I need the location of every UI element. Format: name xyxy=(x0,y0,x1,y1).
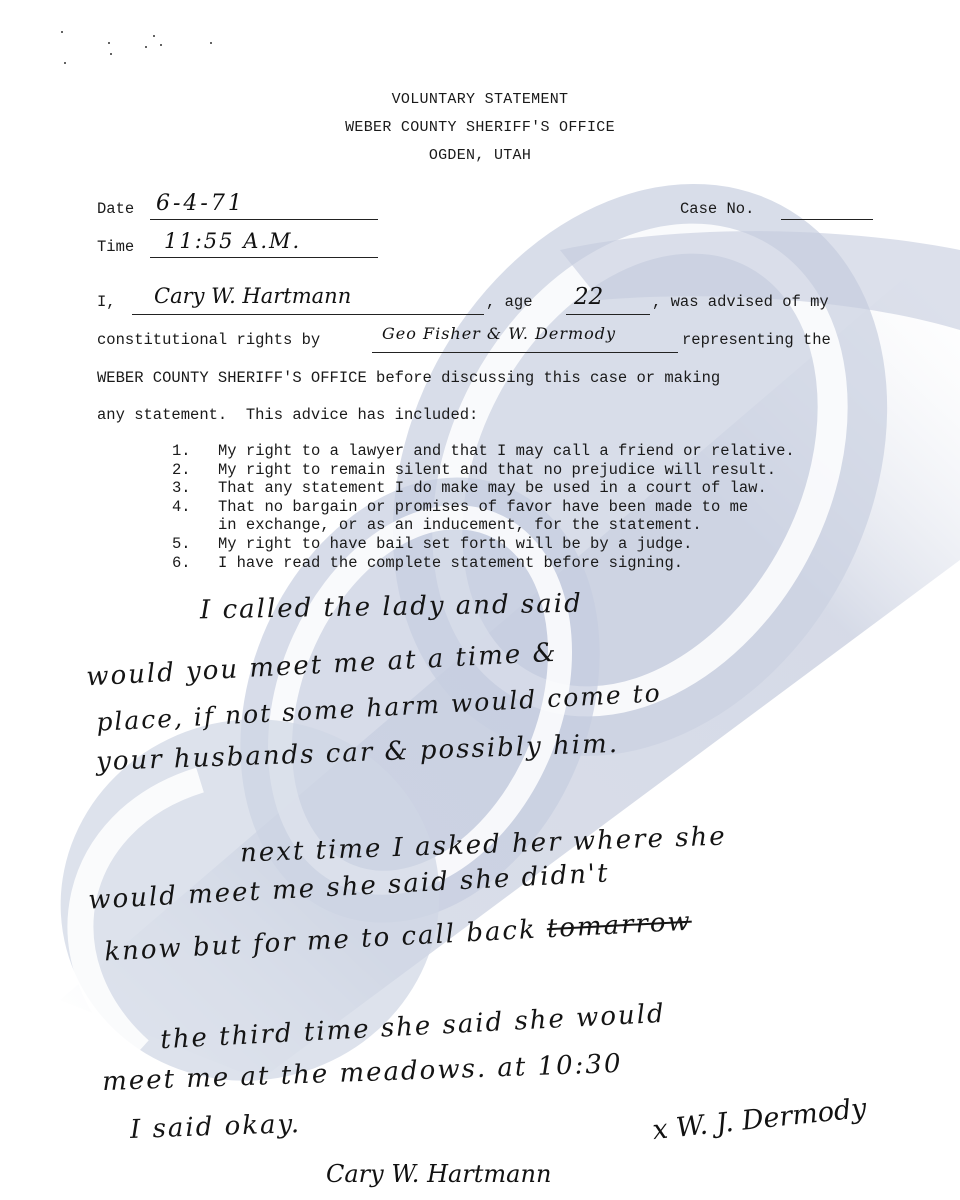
statement-line: your husbands car & possibly him. xyxy=(96,729,620,777)
handwritten-statement: I called the lady and said would you mee… xyxy=(0,0,960,1200)
statement-line: I called the lady and said xyxy=(200,589,583,626)
declarant-signature: Cary W. Hartmann xyxy=(326,1160,551,1188)
statement-line: next time I asked her where she xyxy=(240,822,728,869)
statement-line: the third time she said she would xyxy=(160,999,667,1055)
statement-line-text: know but for me to call back xyxy=(104,915,538,968)
statement-line: meet me at the meadows. at 10:30 xyxy=(102,1049,623,1097)
statement-line: would you meet me at a time & xyxy=(86,638,559,693)
statement-line: would meet me she said she didn't xyxy=(88,858,611,915)
statement-line: I said okay. xyxy=(130,1109,302,1145)
statement-line: know but for me to call back tomarrow xyxy=(104,907,693,968)
voluntary-statement-page: VOLUNTARY STATEMENT WEBER COUNTY SHERIFF… xyxy=(0,0,960,1200)
statement-struck-word: tomarrow xyxy=(546,907,692,945)
